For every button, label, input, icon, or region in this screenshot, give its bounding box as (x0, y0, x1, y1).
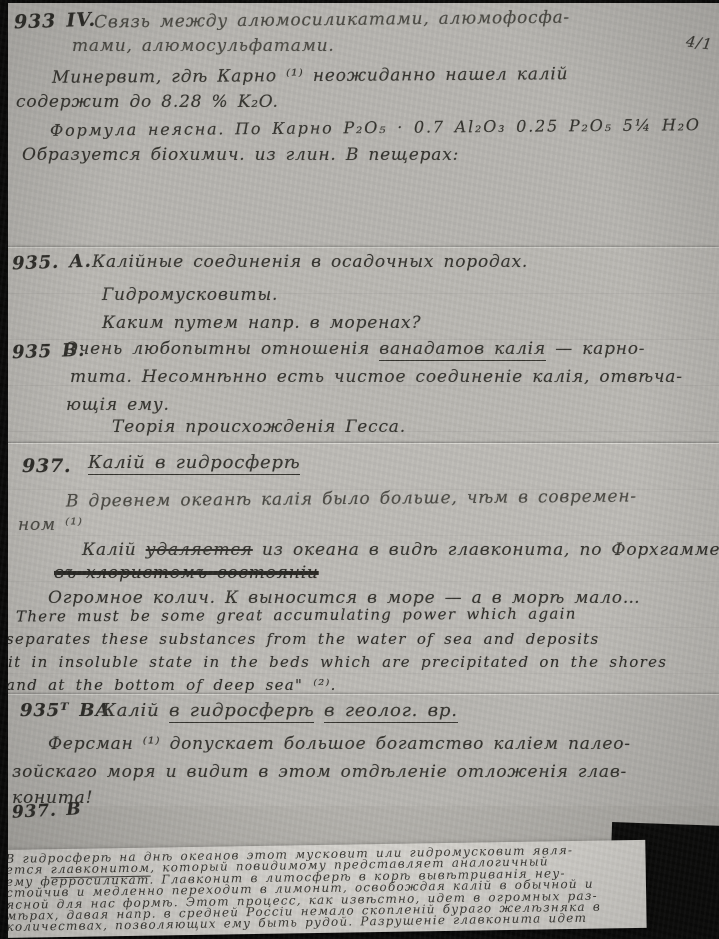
handwritten-line: В древнем океанѣ калія было больше, чѣм … (66, 487, 637, 512)
line-text: из океана в видѣ главконита, по Форхгамм… (253, 540, 719, 560)
english-quote-line: There must be some great accumulating po… (16, 605, 577, 626)
handwritten-line: Калій удаляется из океана в видѣ главкон… (82, 540, 719, 560)
line-text: — карно- (546, 339, 645, 359)
manuscript-scan: В гидросферѣ на днѣ океанов этот мускови… (0, 0, 719, 939)
struck-line: въ хлористомъ состояніи (54, 563, 319, 583)
english-quote-line: separates these substances from the wate… (6, 630, 600, 648)
section-heading: Калій в гидросферѣ (88, 452, 300, 475)
handwritten-line: Очень любопытны отношенія ванадатов калі… (64, 339, 645, 359)
underlined-phrase: в гидросферѣ (169, 700, 314, 723)
struck-word: удаляется (146, 540, 253, 560)
line-text: Калій (82, 540, 146, 560)
scan-edge-left (0, 0, 8, 939)
handwritten-line: ном ⁽¹⁾ (18, 515, 83, 535)
handwritten-line: Теорія происхожденія Гесса. (112, 417, 406, 437)
handwritten-line: Каким путем напр. в моренах? (102, 313, 421, 333)
handwritten-line: тита. Несомнѣнно есть чистое соединеніе … (70, 367, 683, 387)
handwritten-line: зойскаго моря и видит в этом отдѣленіе о… (12, 762, 627, 782)
margin-number-937: 937. (22, 455, 71, 477)
chemical-formula-line: Формула неясна. По Карно P₂O₅ · 0.7 Al₂O… (50, 115, 701, 140)
heading-text: Калій (102, 700, 169, 721)
scan-edge-top (0, 0, 719, 3)
margin-number-933: 933 IV. (14, 9, 97, 34)
handwritten-line: Связь между алюмосиликатами, алюмофосфа- (94, 8, 570, 33)
english-quote-line: it in insoluble state in the beds which … (8, 653, 667, 671)
handwritten-line: тами, алюмосульфатами. (72, 36, 335, 56)
handwritten-line: Минервит, гдѣ Карно ⁽¹⁾ неожиданно нашел… (52, 64, 568, 88)
handwriting-layer: 933 IV. Связь между алюмосиликатами, алю… (0, 0, 719, 939)
margin-number-935ba: 935ᵀ ВА (20, 700, 111, 721)
underlined-phrase: в геолог. вр. (324, 700, 458, 723)
page-number: 4/1 (685, 32, 714, 54)
handwritten-line: Образуется біохимич. из глин. В пещерах: (22, 145, 459, 165)
heading-text (314, 700, 324, 721)
handwritten-line: ющія ему. (66, 395, 170, 415)
margin-number-937b: 937. В (12, 799, 82, 823)
section-heading: Калій в гидросферѣ в геолог. вр. (102, 700, 458, 721)
handwritten-line: Гидромусковиты. (102, 285, 278, 305)
handwritten-line: Калійные соединенія в осадочных породах. (92, 252, 528, 272)
handwritten-line: Ферсман ⁽¹⁾ допускает большое богатство … (48, 734, 631, 754)
margin-number-935a: 935. А. (12, 251, 92, 275)
underlined-phrase: ванадатов калія (379, 339, 546, 361)
line-text: Очень любопытны отношенія (64, 339, 379, 359)
handwritten-line: содержит до 8.28 % K₂O. (16, 92, 279, 112)
english-quote-line: and at the bottom of deep sea" ⁽²⁾. (6, 676, 337, 694)
